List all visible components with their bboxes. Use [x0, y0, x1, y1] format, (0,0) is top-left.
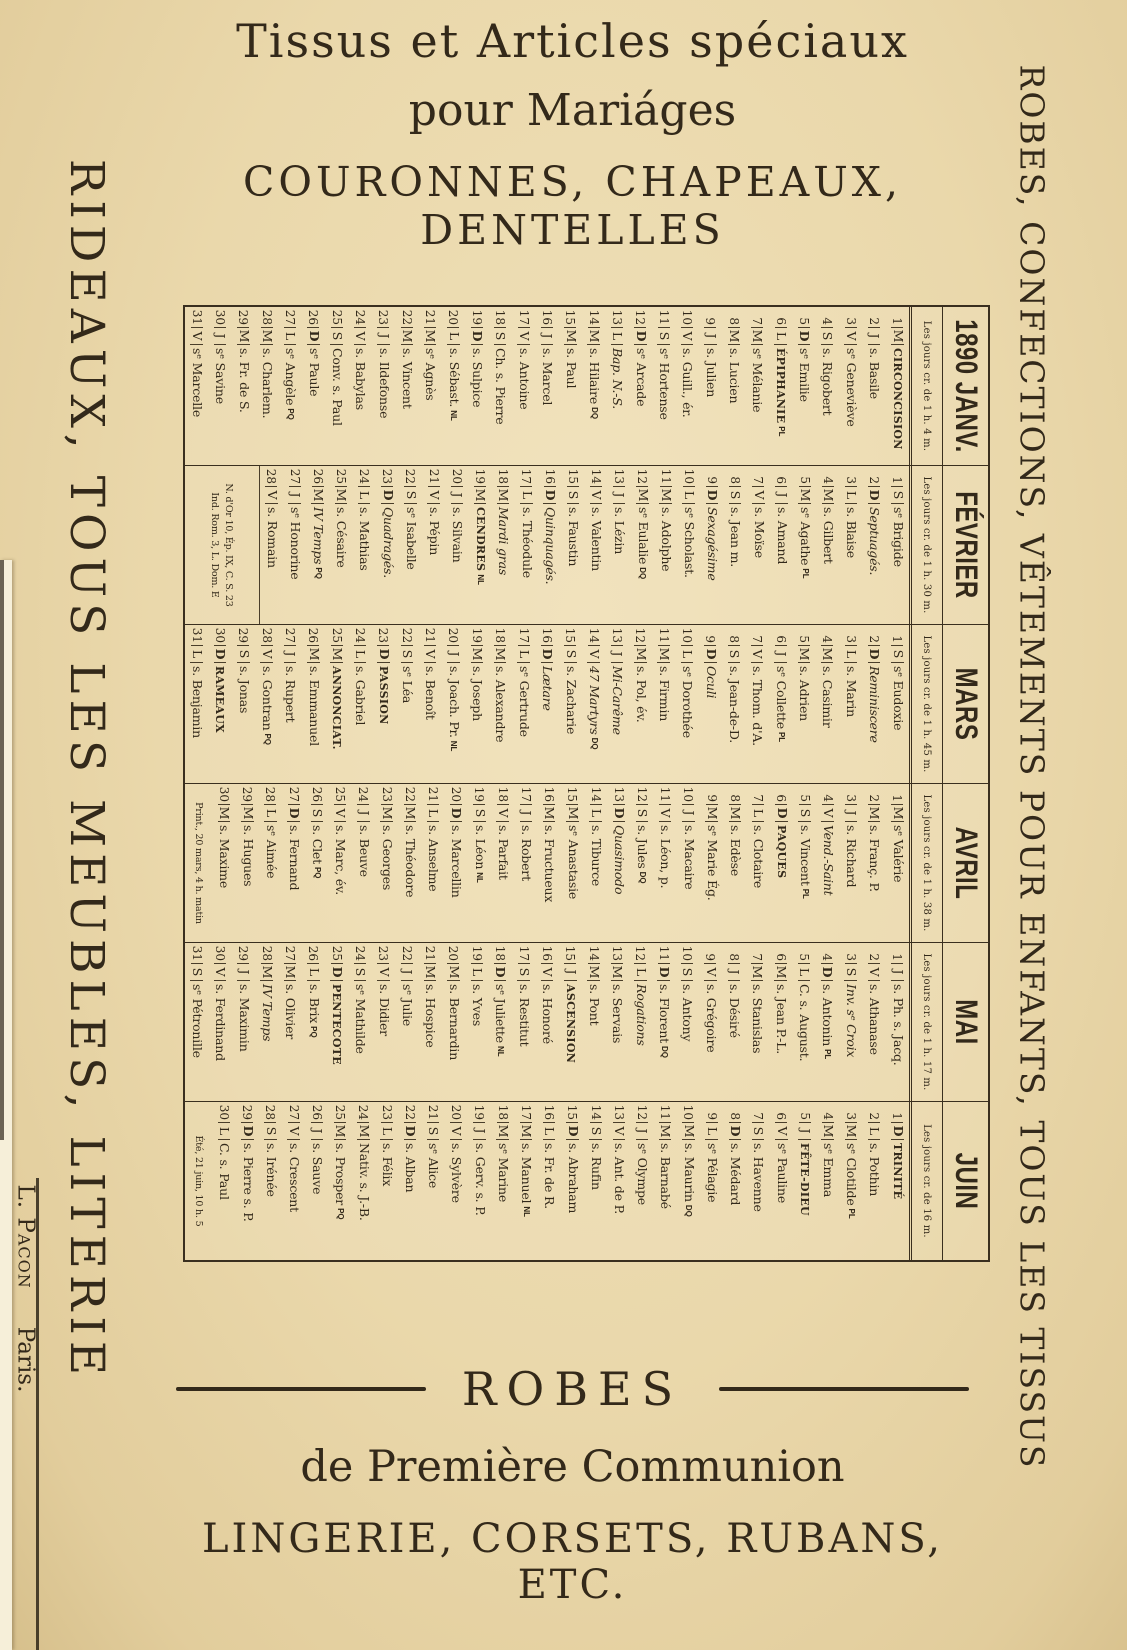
weekday-letter: J: [774, 646, 787, 663]
saint-name: TRINITÉ: [892, 1140, 903, 1199]
saint-name: C. s. August.: [798, 981, 811, 1061]
saint-name: sᵉ Marie Ég.: [705, 822, 718, 901]
day-row: 5Ss. VincentPL: [793, 784, 816, 942]
day-number: 8: [728, 625, 740, 646]
saint-name: FÊTE-DIEU: [799, 1140, 810, 1216]
weekday-letter: M: [705, 805, 718, 822]
day-row: 9DSexagésime: [700, 466, 723, 624]
day-row: 21Vs. Benoît: [418, 625, 441, 783]
weekday-letter: J: [357, 805, 370, 822]
weekday-letter: M: [520, 1123, 533, 1140]
day-row: 7Vs. Thom. d'A.: [745, 625, 768, 783]
saint-name: sᵉ Eudoxie: [891, 663, 904, 730]
note-line: N. d'Or 10, Ép. IX, C. S. 23: [223, 483, 234, 606]
weekday-letter: M: [822, 487, 835, 504]
day-number: 15: [566, 784, 578, 805]
day-row: 10Js. Macaire: [677, 784, 700, 942]
day-row: 25Vs. Marc, év.: [329, 784, 352, 942]
day-row: 3Js. Richard: [839, 784, 862, 942]
day-row: 24MNativ. s. J.-B.: [352, 1102, 375, 1260]
day-row: 12Ss. JulesDQ: [630, 784, 653, 942]
weekday-letter: S: [567, 487, 580, 504]
month-days: 1Msᵉ Valérie2Ms. Franç. P.3Js. Richard4V…: [185, 784, 909, 942]
right-dash-rule: [719, 1387, 969, 1391]
day-row: 8Ms. Lucien: [722, 307, 745, 465]
saint-name: ANNONCIAT.: [331, 663, 342, 750]
weekday-letter: M: [587, 964, 600, 981]
weekday-letter: D: [613, 805, 626, 822]
day-number: 23: [377, 943, 389, 964]
weekday-letter: L: [517, 646, 530, 663]
moon-phase-mark: DQ: [638, 567, 646, 579]
day-row: 19Ls. Yves: [465, 943, 488, 1101]
weekday-letter: D: [891, 1123, 904, 1140]
day-row: 15Msᵉ Anastasie: [561, 784, 584, 942]
weekday-letter: L: [354, 646, 367, 663]
day-row: 19Js. Gerv. s. P.: [468, 1102, 491, 1260]
weekday-letter: J: [377, 328, 390, 345]
day-number: 13: [611, 307, 623, 328]
day-row: 31Ls. Benjamin: [185, 625, 208, 783]
day-row: 11Ms. Barnabé: [654, 1102, 677, 1260]
day-number: 8: [728, 943, 740, 964]
scan-edge-shadow: [0, 560, 4, 1140]
moon-phase-mark: PQ: [309, 1026, 317, 1038]
weekday-letter: V: [287, 1123, 300, 1140]
weekday-letter: M: [424, 328, 437, 345]
day-row: 28Lsᵉ Aimée: [259, 784, 282, 942]
saint-name: Mardi gras: [497, 504, 510, 575]
day-row: 1Js. Ph. s. Jacq.: [886, 943, 909, 1101]
day-number: 10: [682, 1102, 694, 1123]
day-row: 4Ds. AntoninPL: [816, 943, 839, 1101]
day-row: 4Ms. Gilbert: [816, 466, 839, 624]
weekday-letter: D: [241, 1123, 254, 1140]
saint-name: s. Honoré: [541, 981, 554, 1044]
day-number: 7: [751, 625, 763, 646]
day-number: 23: [381, 784, 393, 805]
day-row: 28Ss. Irénée: [259, 1102, 282, 1260]
day-number: 21: [428, 466, 440, 487]
day-number: 2: [868, 943, 880, 964]
weekday-letter: D: [471, 328, 484, 345]
saint-name: Bap. N.-S.: [611, 345, 624, 409]
month-name-text: FÉVRIER: [947, 491, 983, 599]
weekday-letter: D: [404, 1123, 417, 1140]
day-row: 16Vs. Honoré: [535, 943, 558, 1101]
day-number: 18: [494, 943, 506, 964]
day-number: 2: [868, 784, 880, 805]
day-number: 18: [494, 307, 506, 328]
saint-name: s. Hospice: [424, 981, 437, 1048]
weekday-letter: J: [284, 646, 297, 663]
month-name-text: AVRIL: [947, 827, 983, 900]
saint-name: s. Mathias: [358, 504, 371, 571]
saint-name: s. Bernardin: [447, 981, 460, 1060]
saint-name: s. Pont: [587, 981, 600, 1025]
day-number: 27: [284, 943, 296, 964]
day-row: 17Lsᵉ Gertrude: [512, 625, 535, 783]
weekday-letter: L: [447, 328, 460, 345]
saint-name: s. Valentin: [590, 504, 603, 571]
saint-name: s. Benjamin: [190, 663, 203, 738]
weekday-letter: S: [821, 328, 834, 345]
day-number: 25: [331, 943, 343, 964]
saint-name: sᵉ Pélagie: [705, 1140, 718, 1202]
weekday-letter: V: [613, 1123, 626, 1140]
day-row: 10Ms. MaurinDQ: [677, 1102, 700, 1260]
saint-name: sᵉ Emilie: [798, 345, 811, 402]
saint-name: Quadragés.: [381, 504, 394, 578]
day-row: 10Ss. Antony: [675, 943, 698, 1101]
day-row: 9Lsᵉ Pélagie: [700, 1102, 723, 1260]
saint-name: s. Ferdinand: [214, 981, 227, 1061]
saint-name: s. Clet: [311, 822, 324, 864]
day-row: 25SConv. s. Paul: [325, 307, 348, 465]
weekday-letter: J: [564, 964, 577, 981]
weekday-letter: L: [682, 487, 695, 504]
weekday-letter: J: [288, 487, 301, 504]
weekday-letter: M: [307, 646, 320, 663]
day-row: 7Ms. Stanislas: [745, 943, 768, 1101]
day-row: 29Js. Maximin: [232, 943, 255, 1101]
day-row: 12Msᵉ EulalieDQ: [631, 466, 654, 624]
month-name-text: MARS: [947, 668, 983, 741]
day-row: 25Ms. ProsperPQ: [329, 1102, 352, 1260]
saint-name: s. Emmanuel: [307, 663, 320, 746]
footer: ROBES de Première Communion LINGERIE, CO…: [150, 1362, 995, 1608]
saint-name: sᵉ Mélanie: [751, 345, 764, 412]
day-number: 1: [891, 307, 903, 328]
weekday-letter: V: [751, 646, 764, 663]
day-number: 14: [588, 307, 600, 328]
saint-name: s. Lézin: [613, 504, 626, 554]
saint-name: s. Servais: [611, 981, 624, 1043]
moon-phase-mark: PQ: [336, 1208, 344, 1220]
day-number: 13: [611, 625, 623, 646]
day-number: 9: [704, 943, 716, 964]
weekday-letter: L: [681, 646, 694, 663]
day-row: 19Ss. LéonNL: [468, 784, 491, 942]
weekday-letter: V: [496, 805, 509, 822]
saint-name: s. Benoît: [424, 663, 437, 720]
calendar-table: 1890 JANV.Les jours cr. de 1 h. 4 m.1MCI…: [183, 305, 990, 1262]
day-number: 22: [404, 784, 416, 805]
day-row: 6LÉPIPHANIEPL: [769, 307, 792, 465]
day-number: 21: [424, 625, 436, 646]
saint-name: s. Manuel: [520, 1140, 533, 1203]
day-number: 6: [775, 625, 787, 646]
day-number: 16: [541, 943, 553, 964]
saint-name: s. Lucien: [728, 345, 741, 403]
saint-name: sᵉ Aimée: [264, 822, 277, 878]
day-row: 27Vs. Crescent: [282, 1102, 305, 1260]
month-name: MARS: [942, 625, 988, 783]
saint-name: s. Joach. Pr.: [447, 663, 460, 738]
day-number: 15: [567, 466, 579, 487]
saint-name: s. Vincent: [401, 345, 414, 409]
day-row: 8Ds. Médard: [723, 1102, 746, 1260]
saint-name: s. Franç. P.: [868, 822, 881, 892]
saint-name: s. Barnabé: [659, 1140, 672, 1209]
month-column: AVRILLes jours cr. de 1 h. 38 m.1Msᵉ Val…: [185, 783, 988, 942]
day-number: 23: [381, 1102, 393, 1123]
moon-phase-mark: NL: [496, 1046, 504, 1057]
weekday-letter: V: [260, 646, 273, 663]
day-number: 19: [473, 1102, 485, 1123]
day-row: 4VVend.-Saint: [816, 784, 839, 942]
day-number: 20: [448, 943, 460, 964]
day-number: 12: [636, 784, 648, 805]
moon-phase-mark: DQ: [684, 1205, 692, 1217]
day-row: 2DReminiscere: [862, 625, 885, 783]
saint-name: s. Marin: [844, 663, 857, 717]
note-line: Été, 21 juin, 10 h. 5: [193, 1136, 204, 1227]
month-notes: Été, 21 juin, 10 h. 5: [185, 1102, 212, 1260]
day-number: 19: [471, 307, 483, 328]
day-number: 30: [214, 307, 226, 328]
saint-name: sᵉ Brigide: [891, 504, 904, 567]
weekday-letter: M: [821, 646, 834, 663]
day-row: 19Ms. Joseph: [465, 625, 488, 783]
day-number: 13: [613, 466, 625, 487]
month-name-text: MAI: [947, 999, 983, 1045]
footer-line-1: ROBES: [462, 1362, 683, 1416]
weekday-letter: M: [868, 805, 881, 822]
weekday-letter: D: [307, 328, 320, 345]
weekday-letter: M: [729, 805, 742, 822]
saint-name: s. Maxime: [218, 822, 231, 888]
day-row: 4Ms. Casimir: [816, 625, 839, 783]
weekday-letter: J: [214, 328, 227, 345]
saint-name: s. Pol, év.: [634, 663, 647, 723]
day-number: 16: [541, 625, 553, 646]
day-number: 22: [401, 943, 413, 964]
day-number: 18: [497, 466, 509, 487]
saint-name: sᵉ Emma: [821, 1140, 834, 1197]
day-number: 19: [473, 784, 485, 805]
saint-name: s. Faustin: [567, 504, 580, 566]
day-number: 11: [658, 307, 670, 328]
moon-phase-mark: NL: [450, 741, 458, 752]
saint-name: IV Temps: [311, 504, 324, 564]
weekday-letter: D: [704, 646, 717, 663]
saint-name: s. Fr. de S.: [237, 345, 250, 413]
weekday-letter: V: [190, 328, 203, 345]
day-row: 15JASCENSION: [559, 943, 582, 1101]
day-row: 12Jsᵉ Olympe: [630, 1102, 653, 1260]
day-row: 25Ms. Césaire: [329, 466, 352, 624]
saint-name: s. Fr. de R.: [543, 1140, 556, 1209]
day-number: 16: [541, 307, 553, 328]
day-number: 2: [868, 625, 880, 646]
day-row: 28MIV Temps: [255, 943, 278, 1101]
weekday-letter: D: [868, 646, 881, 663]
day-row: 15Ds. Abraham: [561, 1102, 584, 1260]
weekday-letter: M: [751, 328, 764, 345]
day-row: 26Ls. BrixPQ: [302, 943, 325, 1101]
day-number: 29: [241, 1102, 253, 1123]
saint-name: s. Fernand: [287, 822, 300, 890]
moon-phase-mark: PL: [777, 732, 785, 742]
saint-name: s. Guill., ér.: [681, 345, 694, 417]
note-line: Print., 20 mars, 4 h. matin: [193, 802, 204, 924]
month-name: 1890 JANV.: [942, 307, 988, 465]
day-row: 26Js. Sauve: [305, 1102, 328, 1260]
day-number: 13: [613, 1102, 625, 1123]
weekday-letter: M: [401, 328, 414, 345]
saint-name: s. Sulpice: [471, 345, 484, 407]
day-row: 24Ls. Mathias: [353, 466, 376, 624]
day-number: 1: [891, 625, 903, 646]
day-row: 22Ms. Vincent: [395, 307, 418, 465]
moon-phase-mark: DQ: [660, 1046, 668, 1058]
weekday-letter: D: [798, 328, 811, 345]
day-row: 24Js. Beuve: [352, 784, 375, 942]
saint-name: s. Gilbert: [822, 504, 835, 564]
saint-name: s. Hilaire: [587, 345, 600, 404]
day-number: 6: [775, 784, 787, 805]
weekday-letter: M: [494, 646, 507, 663]
weekday-letter: L: [543, 1123, 556, 1140]
day-number: 11: [658, 943, 670, 964]
weekday-letter: V: [659, 805, 672, 822]
day-number: 20: [448, 625, 460, 646]
day-row: 17Ls. Théodule: [515, 466, 538, 624]
weekday-letter: S: [728, 646, 741, 663]
day-row: 30LC. s. Paul: [212, 1102, 235, 1260]
weekday-letter: M: [335, 487, 348, 504]
weekday-letter: M: [330, 646, 343, 663]
saint-name: sᵉ Olympe: [636, 1140, 649, 1205]
weekday-letter: M: [611, 964, 624, 981]
saint-name: s. Antony: [681, 981, 694, 1041]
weekday-letter: L: [358, 487, 371, 504]
day-row: 18Dsᵉ JulietteNL: [489, 943, 512, 1101]
day-row: 2Js. Basile: [862, 307, 885, 465]
day-number: 17: [518, 625, 530, 646]
day-row: 17Js. Robert: [514, 784, 537, 942]
saint-name: s. Moïse: [752, 504, 765, 558]
saint-name: s. Alban: [404, 1140, 417, 1192]
saint-name: Inv. sᵉ Croix: [844, 981, 857, 1057]
weekday-letter: M: [891, 805, 904, 822]
saint-name: s. Parfait: [496, 822, 509, 880]
weekday-letter: S: [752, 1123, 765, 1140]
day-row: 20Ds. Marcellin: [445, 784, 468, 942]
moon-phase-mark: PL: [777, 426, 785, 436]
day-row: 22Ssᵉ Isabelle: [399, 466, 422, 624]
saint-name: Sexagésime: [706, 504, 719, 581]
weekday-letter: V: [354, 328, 367, 345]
day-number: 28: [265, 466, 277, 487]
day-row: 16DQuinquagés.: [538, 466, 561, 624]
weekday-letter: S: [729, 487, 742, 504]
weekday-letter: D: [821, 964, 834, 981]
day-number: 26: [311, 784, 323, 805]
saint-name: Septuagés.: [868, 504, 881, 575]
day-number: 27: [288, 1102, 300, 1123]
weekday-letter: D: [657, 964, 670, 981]
day-row: 1Msᵉ Valérie: [886, 784, 909, 942]
day-row: 6Ms. Jean P.-L.: [769, 943, 792, 1101]
day-number: 5: [798, 625, 810, 646]
day-number: 24: [354, 307, 366, 328]
day-row: 5Dsᵉ Emilie: [792, 307, 815, 465]
day-number: 24: [354, 943, 366, 964]
weekday-letter: S: [891, 646, 904, 663]
day-row: 13JMi-Carême: [605, 625, 628, 783]
day-row: 27Lsᵉ AngèlePQ: [278, 307, 301, 465]
day-row: 18Vs. Parfait: [491, 784, 514, 942]
saint-name: s. Georges: [380, 822, 393, 890]
weekday-letter: M: [634, 646, 647, 663]
weekday-letter: L: [380, 1123, 393, 1140]
weekday-letter: M: [357, 1123, 370, 1140]
weekday-letter: D: [214, 646, 227, 663]
note-line: Ind. Rom. 3, L. Dom. E: [209, 492, 220, 597]
weekday-letter: L: [798, 964, 811, 981]
day-number: 15: [566, 1102, 578, 1123]
weekday-letter: S: [891, 487, 904, 504]
weekday-letter: V: [517, 328, 530, 345]
day-number: 12: [634, 625, 646, 646]
saint-name: s. Marcellin: [450, 822, 463, 898]
saint-name: sᵉ Scholast.: [682, 504, 695, 578]
weekday-letter: L: [589, 805, 602, 822]
weekday-letter: L: [611, 328, 624, 345]
saint-name: sᵉ Agathe: [798, 504, 811, 565]
saint-name: s. Charlem.: [260, 345, 273, 418]
weekday-letter: J: [311, 1123, 324, 1140]
saint-name: sᵉ Marcelle: [190, 345, 203, 417]
day-row: 14Ls. Tiburce: [584, 784, 607, 942]
saint-name: sᵉ Mathilde: [354, 981, 367, 1054]
day-row: 12Ms. Pol, év.: [629, 625, 652, 783]
day-number: 23: [377, 307, 389, 328]
saint-name: s. Edèse: [729, 822, 742, 876]
saint-name: s. Abraham: [566, 1140, 579, 1213]
day-number: 7: [751, 307, 763, 328]
saint-name: s. Restitut: [517, 981, 530, 1047]
weekday-letter: S: [237, 646, 250, 663]
saint-name: s. Clotaire: [752, 822, 765, 888]
day-number: 20: [448, 307, 460, 328]
saint-name: 47 Martyrs: [587, 663, 600, 735]
day-row: 18Ms. Alexandre: [489, 625, 512, 783]
saint-name: s. Thom. d'A.: [751, 663, 764, 746]
day-row: 5JFÊTE-DIEU: [793, 1102, 816, 1260]
day-number: 20: [450, 784, 462, 805]
day-number: 16: [544, 466, 556, 487]
weekday-letter: J: [401, 964, 414, 981]
day-row: 17Vs. Antoine: [512, 307, 535, 465]
header: Tissus et Articles spéciaux pour Mariáge…: [150, 14, 995, 254]
saint-name: s. Romain: [265, 504, 278, 568]
weekday-letter: J: [520, 805, 533, 822]
day-row: 26Ms. Emmanuel: [302, 625, 325, 783]
weekday-letter: V: [868, 964, 881, 981]
day-row: 1Ssᵉ Eudoxie: [886, 625, 909, 783]
saint-name: Quinquagés.: [543, 504, 556, 584]
day-row: 10Lsᵉ Dorothée: [675, 625, 698, 783]
moon-phase-mark: NL: [475, 872, 483, 883]
day-number: 7: [752, 466, 764, 487]
day-number: 27: [289, 466, 301, 487]
day-row: 24Ssᵉ Mathilde: [348, 943, 371, 1101]
month-notes: Print., 20 mars, 4 h. matin: [185, 784, 212, 942]
saint-name: CIRCONCISION: [892, 345, 903, 450]
